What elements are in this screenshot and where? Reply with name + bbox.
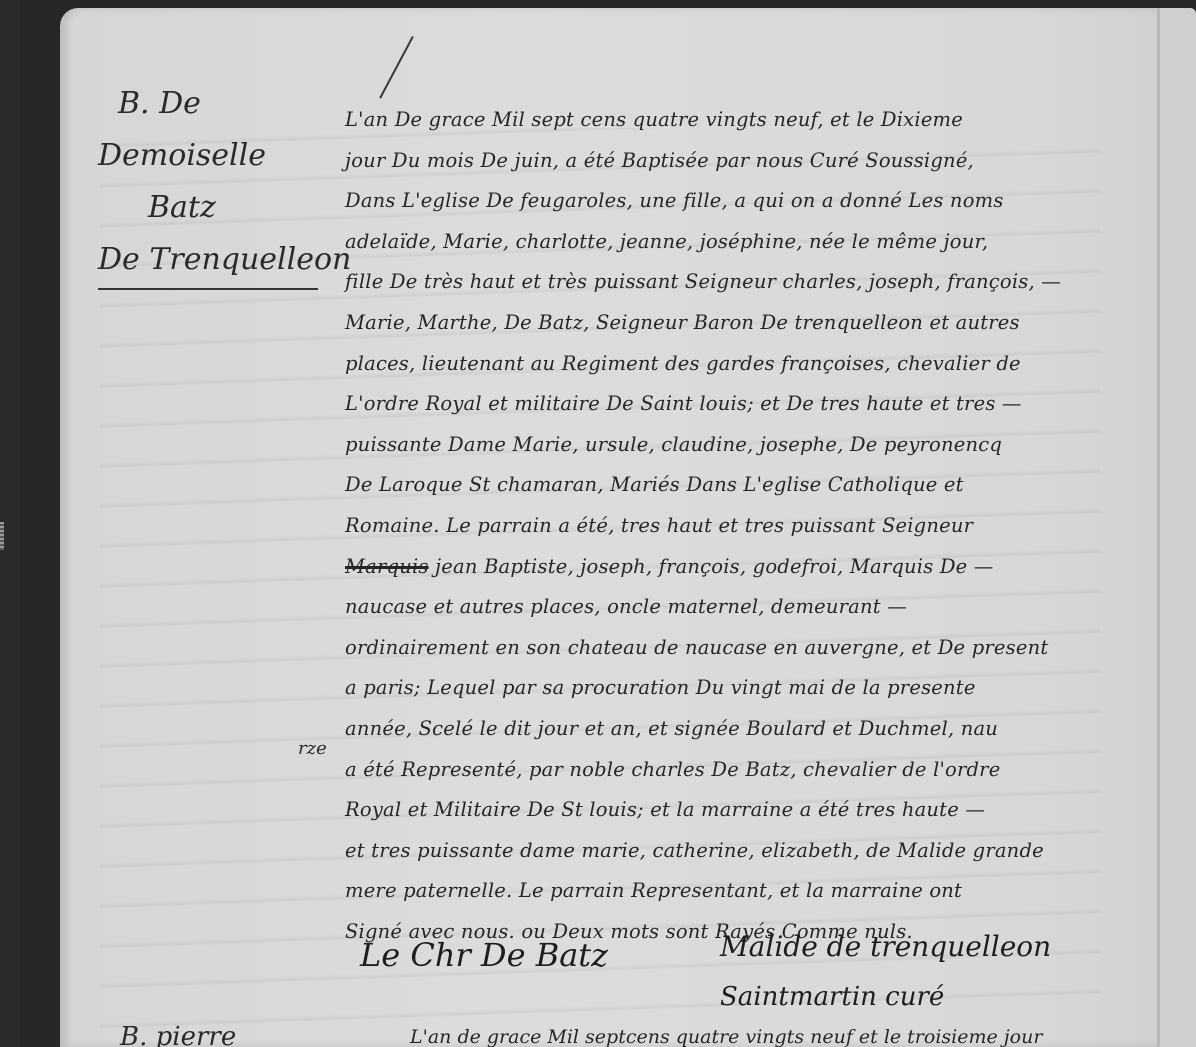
entry-line: a paris; Lequel par sa procuration Du vi… bbox=[345, 668, 1165, 709]
entry-line: L'an De grace Mil sept cens quatre vingt… bbox=[345, 100, 1165, 141]
entry-line-text: jean Baptiste, joseph, françois, godefro… bbox=[435, 555, 994, 578]
next-entry-margin-note: B. pierre bbox=[120, 1022, 236, 1047]
entry-line: ordinairement en son chateau de naucase … bbox=[345, 628, 1165, 669]
entry-line: fille De très haut et très puissant Seig… bbox=[345, 262, 1165, 303]
entry-line: a été Representé, par noble charles De B… bbox=[345, 750, 1165, 791]
margin-note-line: Batz bbox=[98, 182, 328, 234]
entry-line: naucase et autres places, oncle maternel… bbox=[345, 587, 1165, 628]
entry-line: De Laroque St chamaran, Mariés Dans L'eg… bbox=[345, 465, 1165, 506]
register-page: B. De Demoiselle Batz De Trenquelleon rz… bbox=[60, 8, 1196, 1047]
entry-line: puissante Dame Marie, ursule, claudine, … bbox=[345, 425, 1165, 466]
page-scroll-handle[interactable] bbox=[0, 522, 4, 550]
entry-line: L'ordre Royal et militaire De Saint loui… bbox=[345, 384, 1165, 425]
entry-line: année, Scelé le dit jour et an, et signé… bbox=[345, 709, 1165, 750]
margin-note-line: B. De bbox=[98, 78, 328, 130]
next-entry-first-line: L'an de grace Mil septcens quatre vingts… bbox=[410, 1026, 1042, 1047]
entry-line: places, lieutenant au Regiment des garde… bbox=[345, 344, 1165, 385]
signature-godmother: Malide de trenquelleon bbox=[720, 930, 1051, 963]
struck-word: Marquis bbox=[345, 555, 429, 578]
signature-priest: Saintmartin curé bbox=[720, 982, 944, 1012]
entry-line: et tres puissante dame marie, catherine,… bbox=[345, 831, 1165, 872]
viewer-side-strip bbox=[0, 0, 20, 1047]
margin-reference-mark: rze bbox=[298, 738, 327, 759]
entry-line: jour Du mois De juin, a été Baptisée par… bbox=[345, 141, 1165, 182]
margin-note: B. De Demoiselle Batz De Trenquelleon bbox=[98, 78, 328, 290]
facing-page-edge bbox=[1160, 8, 1196, 1047]
entry-line: Romaine. Le parrain a été, tres haut et … bbox=[345, 506, 1165, 547]
baptism-entry: L'an De grace Mil sept cens quatre vingt… bbox=[345, 100, 1165, 952]
entry-line: Dans L'eglise De feugaroles, une fille, … bbox=[345, 181, 1165, 222]
initial-flourish bbox=[379, 36, 414, 99]
signatures-block: Le Chr De Batz Malide de trenquelleon Sa… bbox=[360, 926, 1140, 1026]
margin-note-line: Demoiselle bbox=[98, 130, 328, 182]
entry-line: Royal et Militaire De St louis; et la ma… bbox=[345, 790, 1165, 831]
entry-line: adelaïde, Marie, charlotte, jeanne, josé… bbox=[345, 222, 1165, 263]
entry-line: Marie, Marthe, De Batz, Seigneur Baron D… bbox=[345, 303, 1165, 344]
entry-line: Marquis jean Baptiste, joseph, françois,… bbox=[345, 547, 1165, 588]
entry-line: mere paternelle. Le parrain Representant… bbox=[345, 871, 1165, 912]
signature-godfather-proxy: Le Chr De Batz bbox=[360, 936, 608, 974]
margin-note-line: De Trenquelleon bbox=[98, 234, 318, 290]
